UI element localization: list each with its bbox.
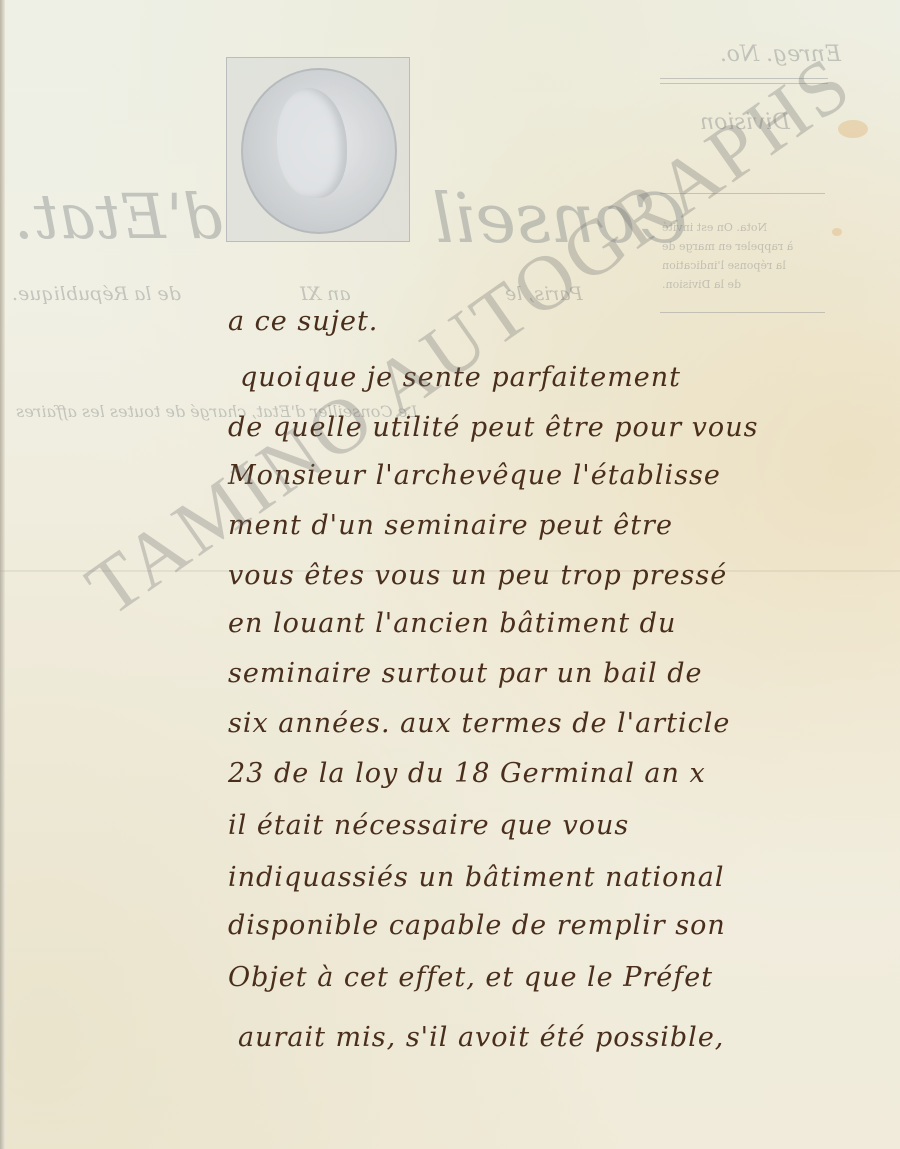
letter-line: indiquassiés un bâtiment national	[228, 862, 724, 893]
letter-line: Objet à cet effet, et que le Préfet	[228, 962, 713, 993]
foxing-stain	[832, 228, 842, 236]
letter-line: 23 de la loy du 18 Germinal an x	[228, 758, 706, 789]
letter-line: disponible capable de remplir son	[228, 910, 726, 941]
letter-line: en louant l'ancien bâtiment du	[228, 608, 676, 639]
letter-line: ment d'un seminaire peut être	[228, 510, 673, 541]
letter-line: six années. aux termes de l'article	[228, 708, 730, 739]
paper-left-edge	[0, 0, 5, 1149]
letter-line: aurait mis, s'il avoit été possible,	[238, 1022, 724, 1053]
letterhead-date-an: an XI	[300, 283, 351, 305]
letter-line: a ce sujet.	[228, 306, 378, 337]
letterhead-rule	[660, 312, 825, 313]
letter-line: seminaire surtout par un bail de	[228, 658, 702, 689]
letter-line: il était nécessaire que vous	[228, 810, 629, 841]
minerva-vignette	[226, 57, 410, 242]
letterhead-detat: d'Etat.	[14, 180, 223, 253]
letter-line: vous êtes vous un peu trop pressé	[228, 560, 727, 591]
letterhead-republique: de la République.	[12, 283, 181, 305]
